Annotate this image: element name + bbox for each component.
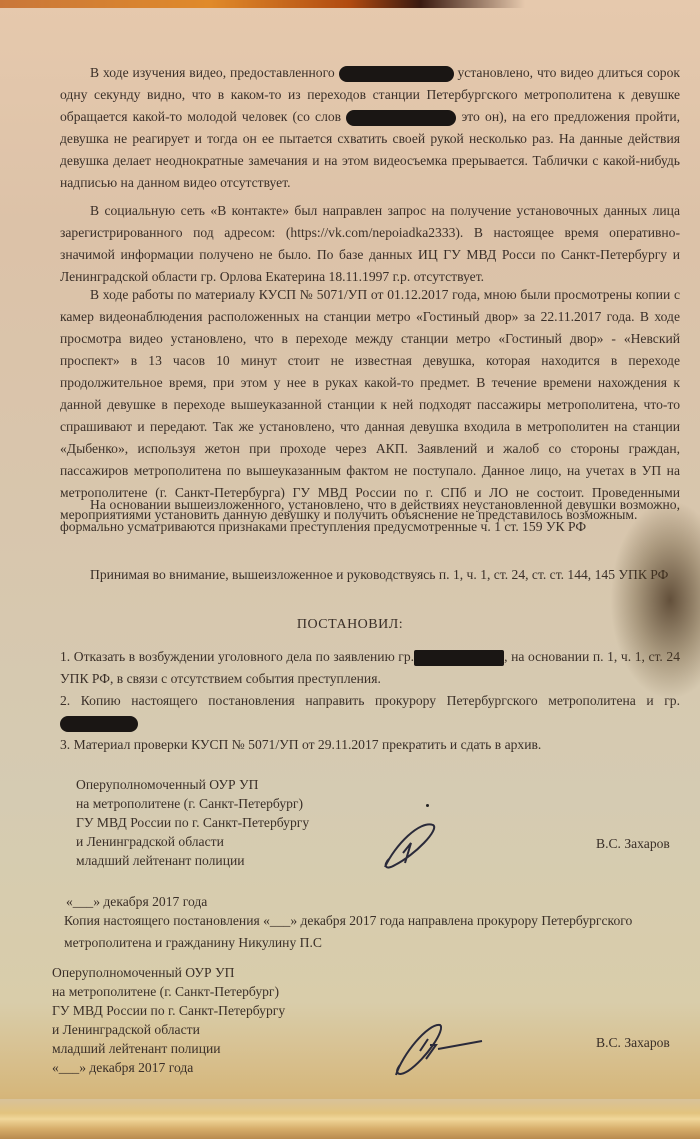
signature-block-2: Оперуполномоченный ОУР УП на метрополите… bbox=[52, 963, 285, 1077]
signatory-name: В.С. Захаров bbox=[596, 1035, 670, 1051]
paragraph-conclusion: На основании вышеизложенного, установлен… bbox=[60, 494, 680, 538]
paragraph-guided-by: Принимая во внимание, вышеизложенное и р… bbox=[60, 564, 680, 586]
officer-title-line: ГУ МВД России по г. Санкт-Петербургу bbox=[76, 813, 309, 832]
officer-title-line: Оперуполномоченный ОУР УП bbox=[76, 775, 309, 794]
officer-title-line: на метрополитене (г. Санкт-Петербург) bbox=[52, 982, 285, 1001]
paper-bottom-roll bbox=[0, 1099, 700, 1139]
resolution-item: 3. Материал проверки КУСП № 5071/УП от 2… bbox=[60, 734, 680, 756]
resolution-number: 1. bbox=[60, 649, 70, 664]
signatory-name: В.С. Захаров bbox=[596, 836, 670, 852]
paper-top-edge bbox=[0, 0, 700, 8]
redaction-mark bbox=[339, 66, 454, 82]
officer-title-line: и Ленинградской области bbox=[52, 1020, 285, 1039]
officer-title-line: младший лейтенант полиции bbox=[76, 851, 309, 870]
officer-title-line: и Ленинградской области bbox=[76, 832, 309, 851]
redaction-mark bbox=[414, 650, 504, 666]
signature-block-1: Оперуполномоченный ОУР УП на метрополите… bbox=[76, 775, 309, 911]
handwritten-signature bbox=[375, 815, 445, 875]
redaction-mark bbox=[346, 110, 456, 126]
signature-date: «___» декабря 2017 года bbox=[52, 1058, 285, 1077]
ink-speck bbox=[426, 804, 429, 807]
resolution-text: Отказать в возбуждении уголовного дела п… bbox=[74, 649, 414, 664]
resolution-text: Материал проверки КУСП № 5071/УП от 29.1… bbox=[74, 737, 542, 752]
officer-title-line: ГУ МВД России по г. Санкт-Петербургу bbox=[52, 1001, 285, 1020]
handwritten-signature bbox=[390, 1015, 490, 1080]
resolution-list: 1. Отказать в возбуждении уголовного дел… bbox=[60, 646, 680, 756]
resolution-item: 2. Копию настоящего постановления направ… bbox=[60, 690, 680, 734]
paragraph-video-study: В ходе изучения видео, предоставленного … bbox=[60, 62, 680, 194]
paragraph-camera-review: В ходе работы по материалу КУСП № 5071/У… bbox=[60, 284, 680, 526]
officer-title-line: Оперуполномоченный ОУР УП bbox=[52, 963, 285, 982]
resolution-text: Копию настоящего постановления направить… bbox=[81, 693, 680, 708]
officer-title-line: младший лейтенант полиции bbox=[52, 1039, 285, 1058]
redaction-mark bbox=[60, 716, 138, 732]
signature-date: «___» декабря 2017 года bbox=[66, 892, 309, 911]
resolution-title: ПОСТАНОВИЛ: bbox=[0, 617, 700, 633]
resolution-number: 3. bbox=[60, 737, 70, 752]
officer-title-line: на метрополитене (г. Санкт-Петербург) bbox=[76, 794, 309, 813]
copy-notice: Копия настоящего постановления «___» дек… bbox=[64, 910, 684, 954]
finger-shadow bbox=[610, 500, 700, 700]
resolution-item: 1. Отказать в возбуждении уголовного дел… bbox=[60, 646, 680, 690]
paragraph-vk-request: В социальную сеть «В контакте» был напра… bbox=[60, 200, 680, 288]
text-segment: В ходе изучения видео, предоставленного bbox=[90, 65, 339, 80]
resolution-number: 2. bbox=[60, 693, 70, 708]
